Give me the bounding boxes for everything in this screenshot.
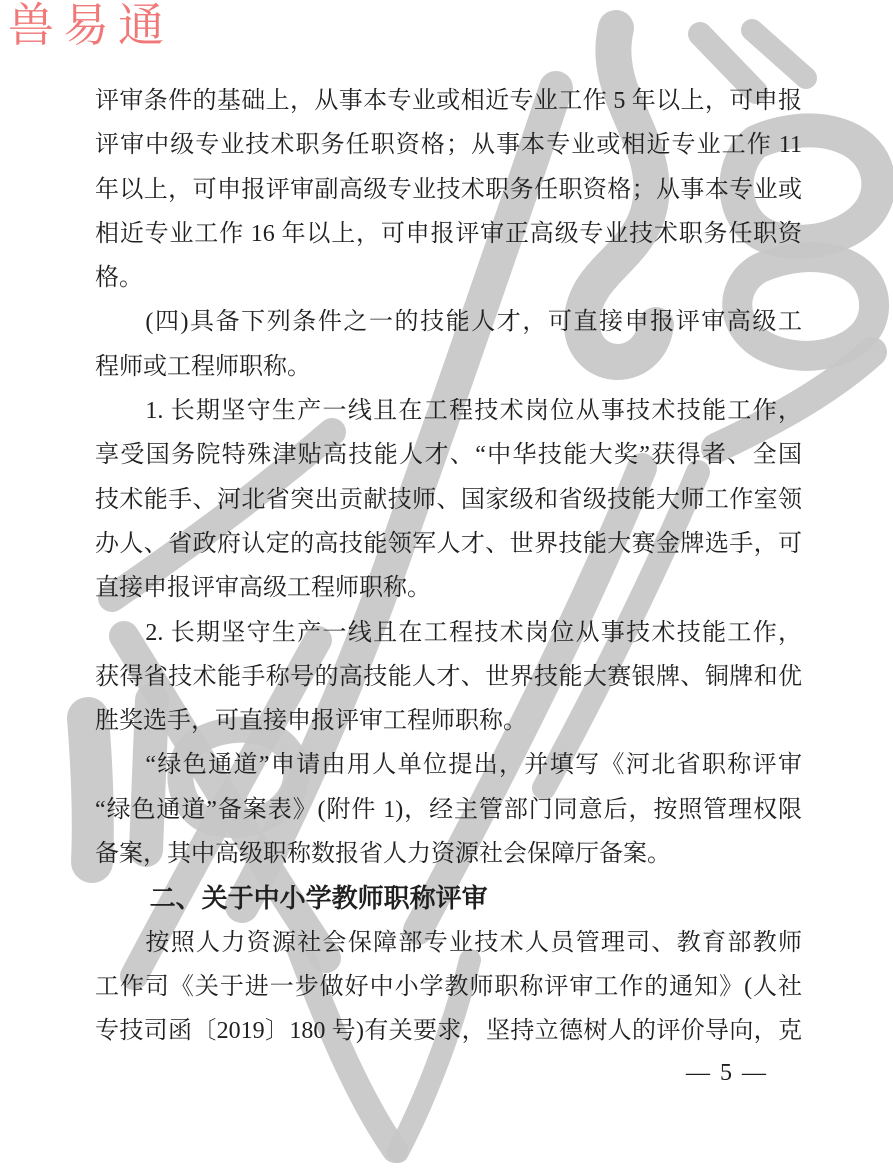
document-body: 评审条件的基础上，从事本专业或相近专业工作 5 年以上，可申报 评审中级专业技术…: [95, 79, 802, 1054]
text-line: 评审中级专业技术职务任职资格；从事本专业或相近专业工作 11: [95, 123, 802, 167]
text-line: 1. 长期坚守生产一线且在工程技术岗位从事技术技能工作，: [95, 389, 802, 433]
text-line: 备案，其中高级职称数报省人力资源社会保障厅备案。: [95, 832, 802, 876]
vendor-watermark-text: 兽易通: [8, 0, 173, 52]
text-line: 专技司函〔2019〕180 号)有关要求，坚持立德树人的评价导向，克: [95, 1009, 802, 1053]
text-line: 获得省技术能手称号的高技能人才、世界技能大赛银牌、铜牌和优: [95, 655, 802, 699]
document-page: 兽易通 评审条件的基础上，从事本专业或相近专业工作 5 年以上，可申报 评审中级…: [0, 0, 893, 1175]
page-number: — 5 —: [686, 1060, 768, 1087]
section-heading: 二、关于中小学教师职称评审: [95, 876, 802, 920]
text-line: 相近专业工作 16 年以上，可申报评审正高级专业技术职务任职资: [95, 212, 802, 256]
text-line: 格。: [95, 256, 802, 300]
text-line: 年以上，可申报评审副高级专业技术职务任职资格；从事本专业或: [95, 168, 802, 212]
text-line: 评审条件的基础上，从事本专业或相近专业工作 5 年以上，可申报: [95, 79, 802, 123]
text-line: “绿色通道”申请由用人单位提出，并填写《河北省职称评审: [95, 743, 802, 787]
text-line: 办人、省政府认定的高技能领军人才、世界技能大赛金牌选手，可: [95, 522, 802, 566]
text-line: 胜奖选手，可直接申报评审工程师职称。: [95, 699, 802, 743]
text-line: 工作司《关于进一步做好中小学教师职称评审工作的通知》(人社: [95, 965, 802, 1009]
text-line: 按照人力资源社会保障部专业技术人员管理司、教育部教师: [95, 921, 802, 965]
text-line: “绿色通道”备案表》(附件 1)，经主管部门同意后，按照管理权限: [95, 788, 802, 832]
text-line: 程师或工程师职称。: [95, 345, 802, 389]
text-line: 2. 长期坚守生产一线且在工程技术岗位从事技术技能工作，: [95, 611, 802, 655]
text-line: 技术能手、河北省突出贡献技师、国家级和省级技能大师工作室领: [95, 478, 802, 522]
text-line: (四)具备下列条件之一的技能人才，可直接申报评审高级工: [95, 300, 802, 344]
text-line: 享受国务院特殊津贴高技能人才、“中华技能大奖”获得者、全国: [95, 433, 802, 477]
text-line: 直接申报评审高级工程师职称。: [95, 566, 802, 610]
